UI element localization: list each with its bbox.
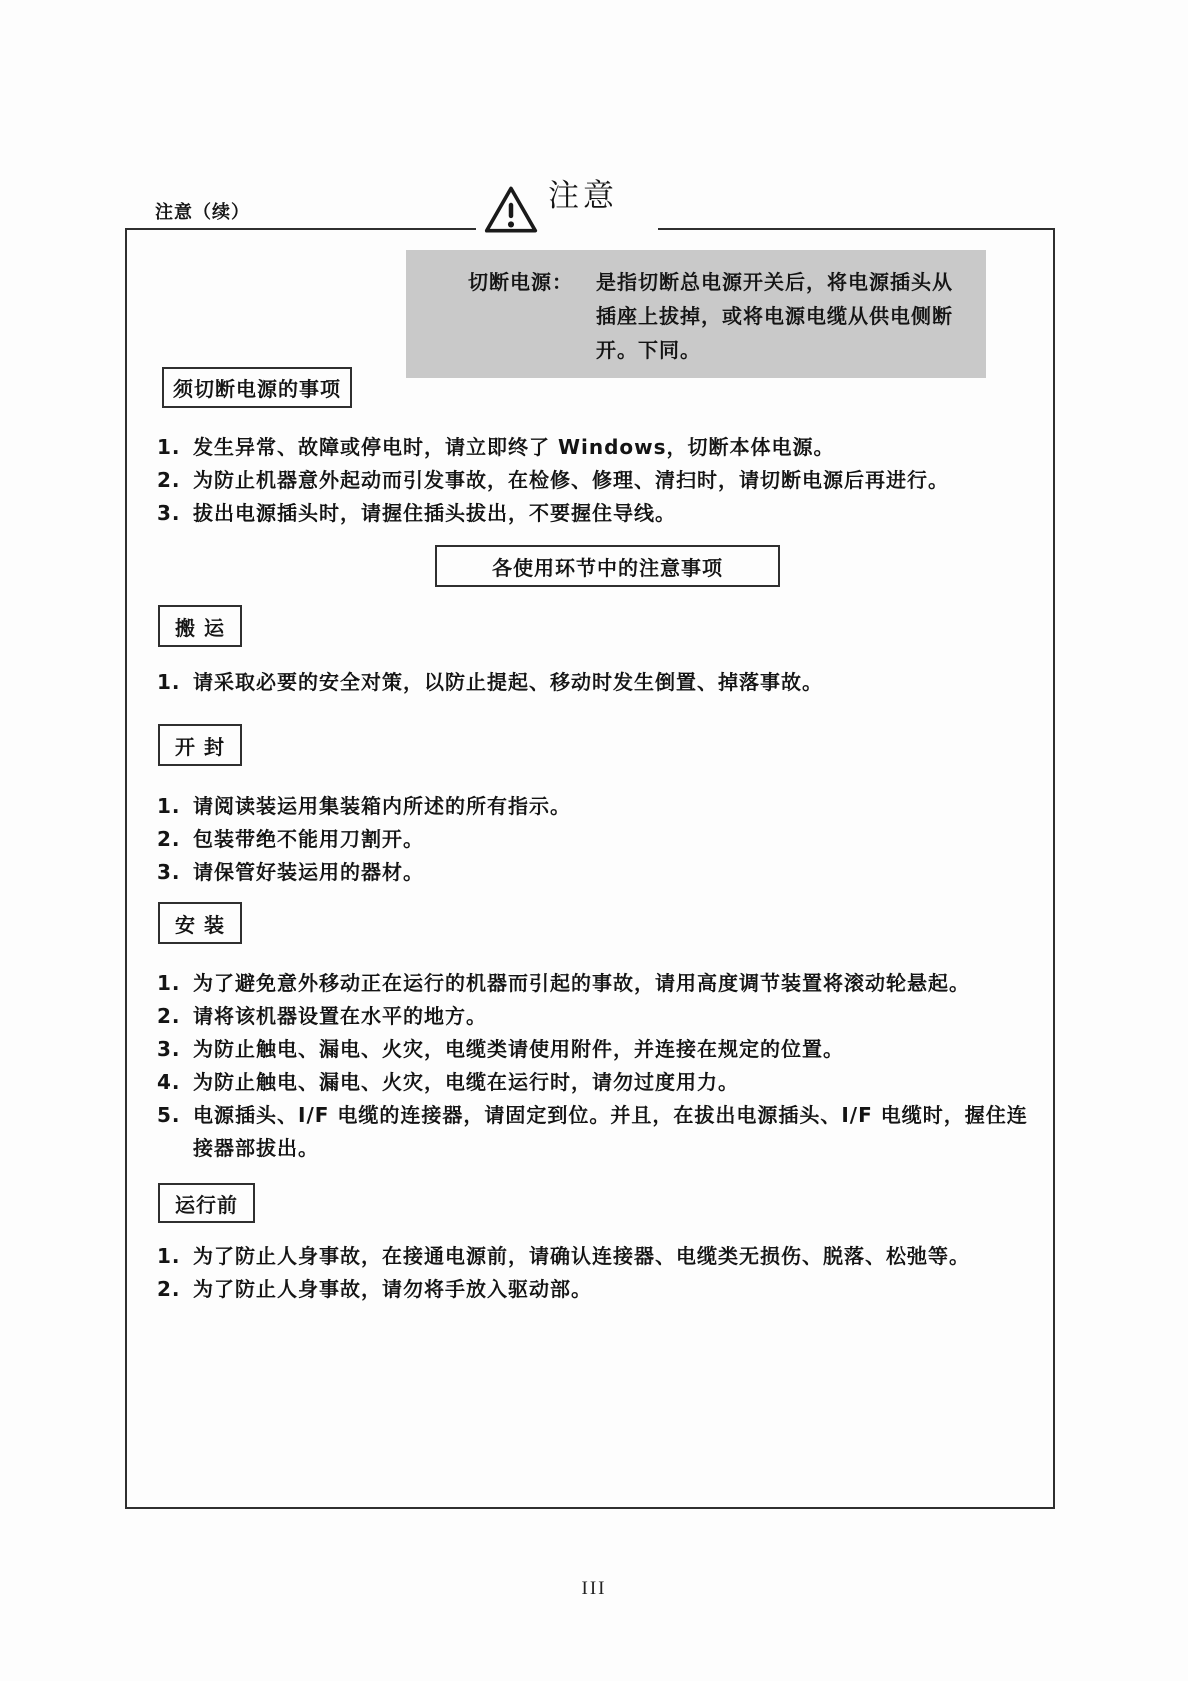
list-item: 2. 为了防止人身事故，请勿将手放入驱动部。 (157, 1273, 1047, 1306)
item-number: 3. (157, 497, 193, 530)
item-text: 包装带绝不能用刀割开。 (193, 823, 1047, 856)
item-text: 为防止触电、漏电、火灾，电缆类请使用附件，并连接在规定的位置。 (193, 1033, 1047, 1066)
list-item: 1. 为了防止人身事故，在接通电源前，请确认连接器、电缆类无损伤、脱落、松弛等。 (157, 1240, 1047, 1273)
item-number: 5. (157, 1099, 193, 1165)
section-title-power-cut: 须切断电源的事项 (162, 367, 352, 408)
list-item: 2. 为防止机器意外起动而引发事故，在检修、修理、清扫时，请切断电源后再进行。 (157, 464, 1047, 497)
item-text: 拔出电源插头时，请握住插头拔出，不要握住导线。 (193, 497, 1047, 530)
item-text: 为了避免意外移动正在运行的机器而引起的事故，请用高度调节装置将滚动轮悬起。 (193, 967, 1047, 1000)
item-text: 为防止触电、漏电、火灾，电缆在运行时，请勿过度用力。 (193, 1066, 1047, 1099)
definition-line: 插座上拔掉，或将电源电缆从供电侧断 (596, 299, 953, 333)
list-item: 3. 请保管好装运用的器材。 (157, 856, 1047, 889)
definition-line: 开。下同。 (596, 333, 953, 367)
list-item: 1. 请阅读装运用集装箱内所述的所有指示。 (157, 790, 1047, 823)
list-item: 2. 包装带绝不能用刀割开。 (157, 823, 1047, 856)
section-title-before-operation: 运行前 (158, 1183, 255, 1223)
item-number: 2. (157, 823, 193, 856)
item-number: 1. (157, 1240, 193, 1273)
item-text: 为了防止人身事故，在接通电源前，请确认连接器、电缆类无损伤、脱落、松弛等。 (193, 1240, 1047, 1273)
power-off-definition-box: 切断电源： 是指切断总电源开关后，将电源插头从 插座上拔掉，或将电源电缆从供电侧… (406, 250, 986, 378)
banner-usage-precautions: 各使用环节中的注意事项 (435, 545, 780, 587)
list-power-cut: 1. 发生异常、故障或停电时，请立即终了 Windows，切断本体电源。 2. … (157, 431, 1047, 530)
item-text: 发生异常、故障或停电时，请立即终了 Windows，切断本体电源。 (193, 431, 1047, 464)
section-title-installation: 安 装 (158, 902, 242, 944)
list-item: 5. 电源插头、I/F 电缆的连接器，请固定到位。并且，在拔出电源插头、I/F … (157, 1099, 1047, 1165)
item-number: 1. (157, 967, 193, 1000)
list-item: 3. 为防止触电、漏电、火灾，电缆类请使用附件，并连接在规定的位置。 (157, 1033, 1047, 1066)
item-text: 请保管好装运用的器材。 (193, 856, 1047, 889)
list-item: 4. 为防止触电、漏电、火灾，电缆在运行时，请勿过度用力。 (157, 1066, 1047, 1099)
caution-heading: 注意 (548, 170, 618, 215)
continuation-label: 注意（续） (155, 198, 250, 224)
item-number: 1. (157, 431, 193, 464)
section-title-transport: 搬 运 (158, 605, 242, 647)
list-before-operation: 1. 为了防止人身事故，在接通电源前，请确认连接器、电缆类无损伤、脱落、松弛等。… (157, 1240, 1047, 1306)
item-text: 电源插头、I/F 电缆的连接器，请固定到位。并且，在拔出电源插头、I/F 电缆时… (193, 1099, 1047, 1165)
warning-triangle-icon (484, 180, 538, 240)
list-item: 3. 拔出电源插头时，请握住插头拔出，不要握住导线。 (157, 497, 1047, 530)
list-item: 2. 请将该机器设置在水平的地方。 (157, 1000, 1047, 1033)
item-number: 4. (157, 1066, 193, 1099)
item-number: 2. (157, 1273, 193, 1306)
list-installation: 1. 为了避免意外移动正在运行的机器而引起的事故，请用高度调节装置将滚动轮悬起。… (157, 967, 1047, 1165)
item-text: 请将该机器设置在水平的地方。 (193, 1000, 1047, 1033)
item-text: 请阅读装运用集装箱内所述的所有指示。 (193, 790, 1047, 823)
item-number: 3. (157, 856, 193, 889)
item-text: 为防止机器意外起动而引发事故，在检修、修理、清扫时，请切断电源后再进行。 (193, 464, 1047, 497)
item-text: 为了防止人身事故，请勿将手放入驱动部。 (193, 1273, 1047, 1306)
item-text: 请采取必要的安全对策，以防止提起、移动时发生倒置、掉落事故。 (193, 666, 1047, 699)
item-number: 1. (157, 666, 193, 699)
item-number: 3. (157, 1033, 193, 1066)
list-unpacking: 1. 请阅读装运用集装箱内所述的所有指示。 2. 包装带绝不能用刀割开。 3. … (157, 790, 1047, 889)
section-title-unpacking: 开 封 (158, 724, 242, 766)
definition-line: 是指切断总电源开关后，将电源插头从 (596, 265, 953, 299)
list-item: 1. 发生异常、故障或停电时，请立即终了 Windows，切断本体电源。 (157, 431, 1047, 464)
page-number: III (0, 1578, 1188, 1600)
item-number: 2. (157, 1000, 193, 1033)
definition-term: 切断电源： (468, 265, 596, 378)
item-number: 2. (157, 464, 193, 497)
list-item: 1. 请采取必要的安全对策，以防止提起、移动时发生倒置、掉落事故。 (157, 666, 1047, 699)
item-number: 1. (157, 790, 193, 823)
definition-text: 是指切断总电源开关后，将电源插头从 插座上拔掉，或将电源电缆从供电侧断 开。下同… (596, 265, 953, 378)
list-item: 1. 为了避免意外移动正在运行的机器而引起的事故，请用高度调节装置将滚动轮悬起。 (157, 967, 1047, 1000)
list-transport: 1. 请采取必要的安全对策，以防止提起、移动时发生倒置、掉落事故。 (157, 666, 1047, 699)
